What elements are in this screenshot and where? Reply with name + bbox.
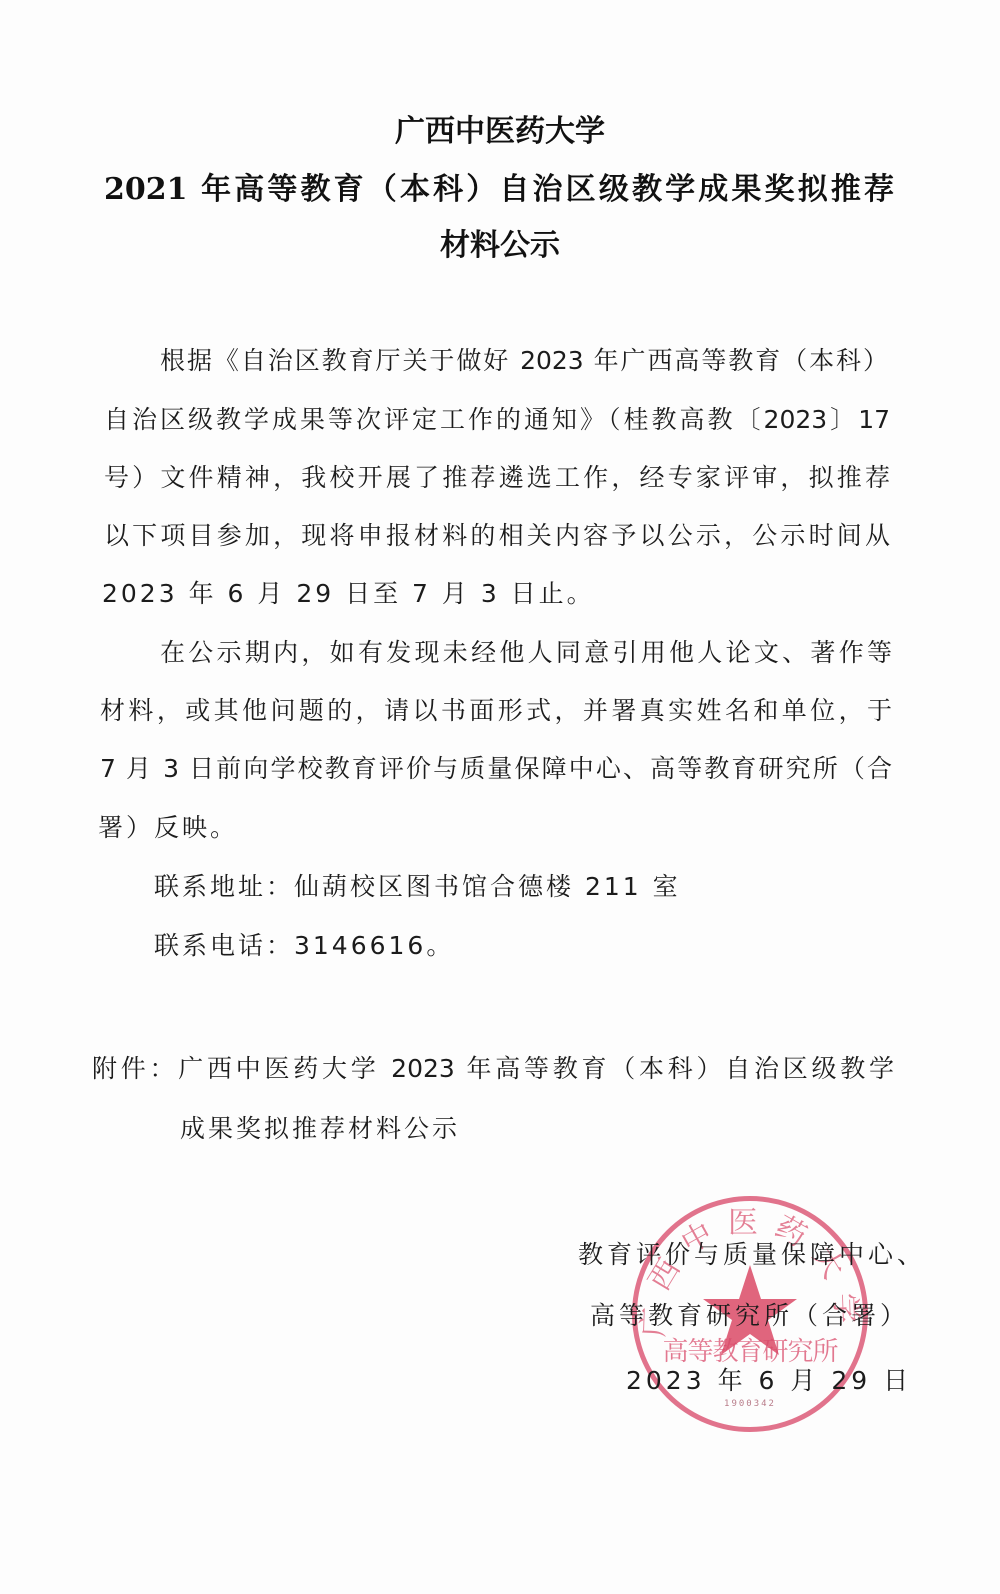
document-page: 广西中医药大学 2021 年高等教育（本科）自治区级教学成果奖拟推荐 材料公示 … [0,0,1000,1594]
paragraph-1-line-1: 根据《自治区教育厅关于做好 2023 年广西高等教育（本科） [160,344,888,378]
title-sub: 材料公示 [0,226,1000,266]
paragraph-1-line-3: 号）文件精神，我校开展了推荐遴选工作，经专家评审，拟推荐 [104,461,890,495]
seal-code: 1900342 [637,1399,863,1409]
paragraph-1-line-4: 以下项目参加，现将申报材料的相关内容予以公示，公示时间从 [104,519,890,553]
signature-date: 2023 年 6 月 29 日 [626,1364,912,1398]
paragraph-1-line-2: 自治区级教学成果等次评定工作的通知》（桂教高教〔2023〕17 [104,403,890,437]
signature-org-line-2: 高等教育研究所（合署） [590,1299,909,1333]
paragraph-1-line-5: 2023 年 6 月 29 日至 7 月 3 日止。 [102,577,595,611]
attachment-line-1: 附件：广西中医药大学 2023 年高等教育（本科）自治区级教学 [92,1052,894,1086]
contact-phone: 联系电话：3146616。 [154,929,454,963]
paragraph-2-line-1: 在公示期内，如有发现未经他人同意引用他人论文、著作等 [160,636,892,670]
contact-address: 联系地址：仙葫校区图书馆合德楼 211 室 [154,870,681,904]
paragraph-2-line-3: 7 月 3 日前向学校教育评价与质量保障中心、高等教育研究所（合 [100,752,892,786]
seal-inner-text: 高等教育研究所 [637,1331,863,1368]
title-university: 广西中医药大学 [0,112,1000,152]
paragraph-2-line-4: 署）反映。 [98,811,238,845]
title-main: 2021 年高等教育（本科）自治区级教学成果奖拟推荐 [104,170,894,210]
attachment-line-2: 成果奖拟推荐材料公示 [180,1112,460,1146]
signature-org-line-1: 教育评价与质量保障中心、 [578,1238,926,1272]
paragraph-2-line-2: 材料，或其他问题的，请以书面形式，并署真实姓名和单位，于 [100,694,892,728]
